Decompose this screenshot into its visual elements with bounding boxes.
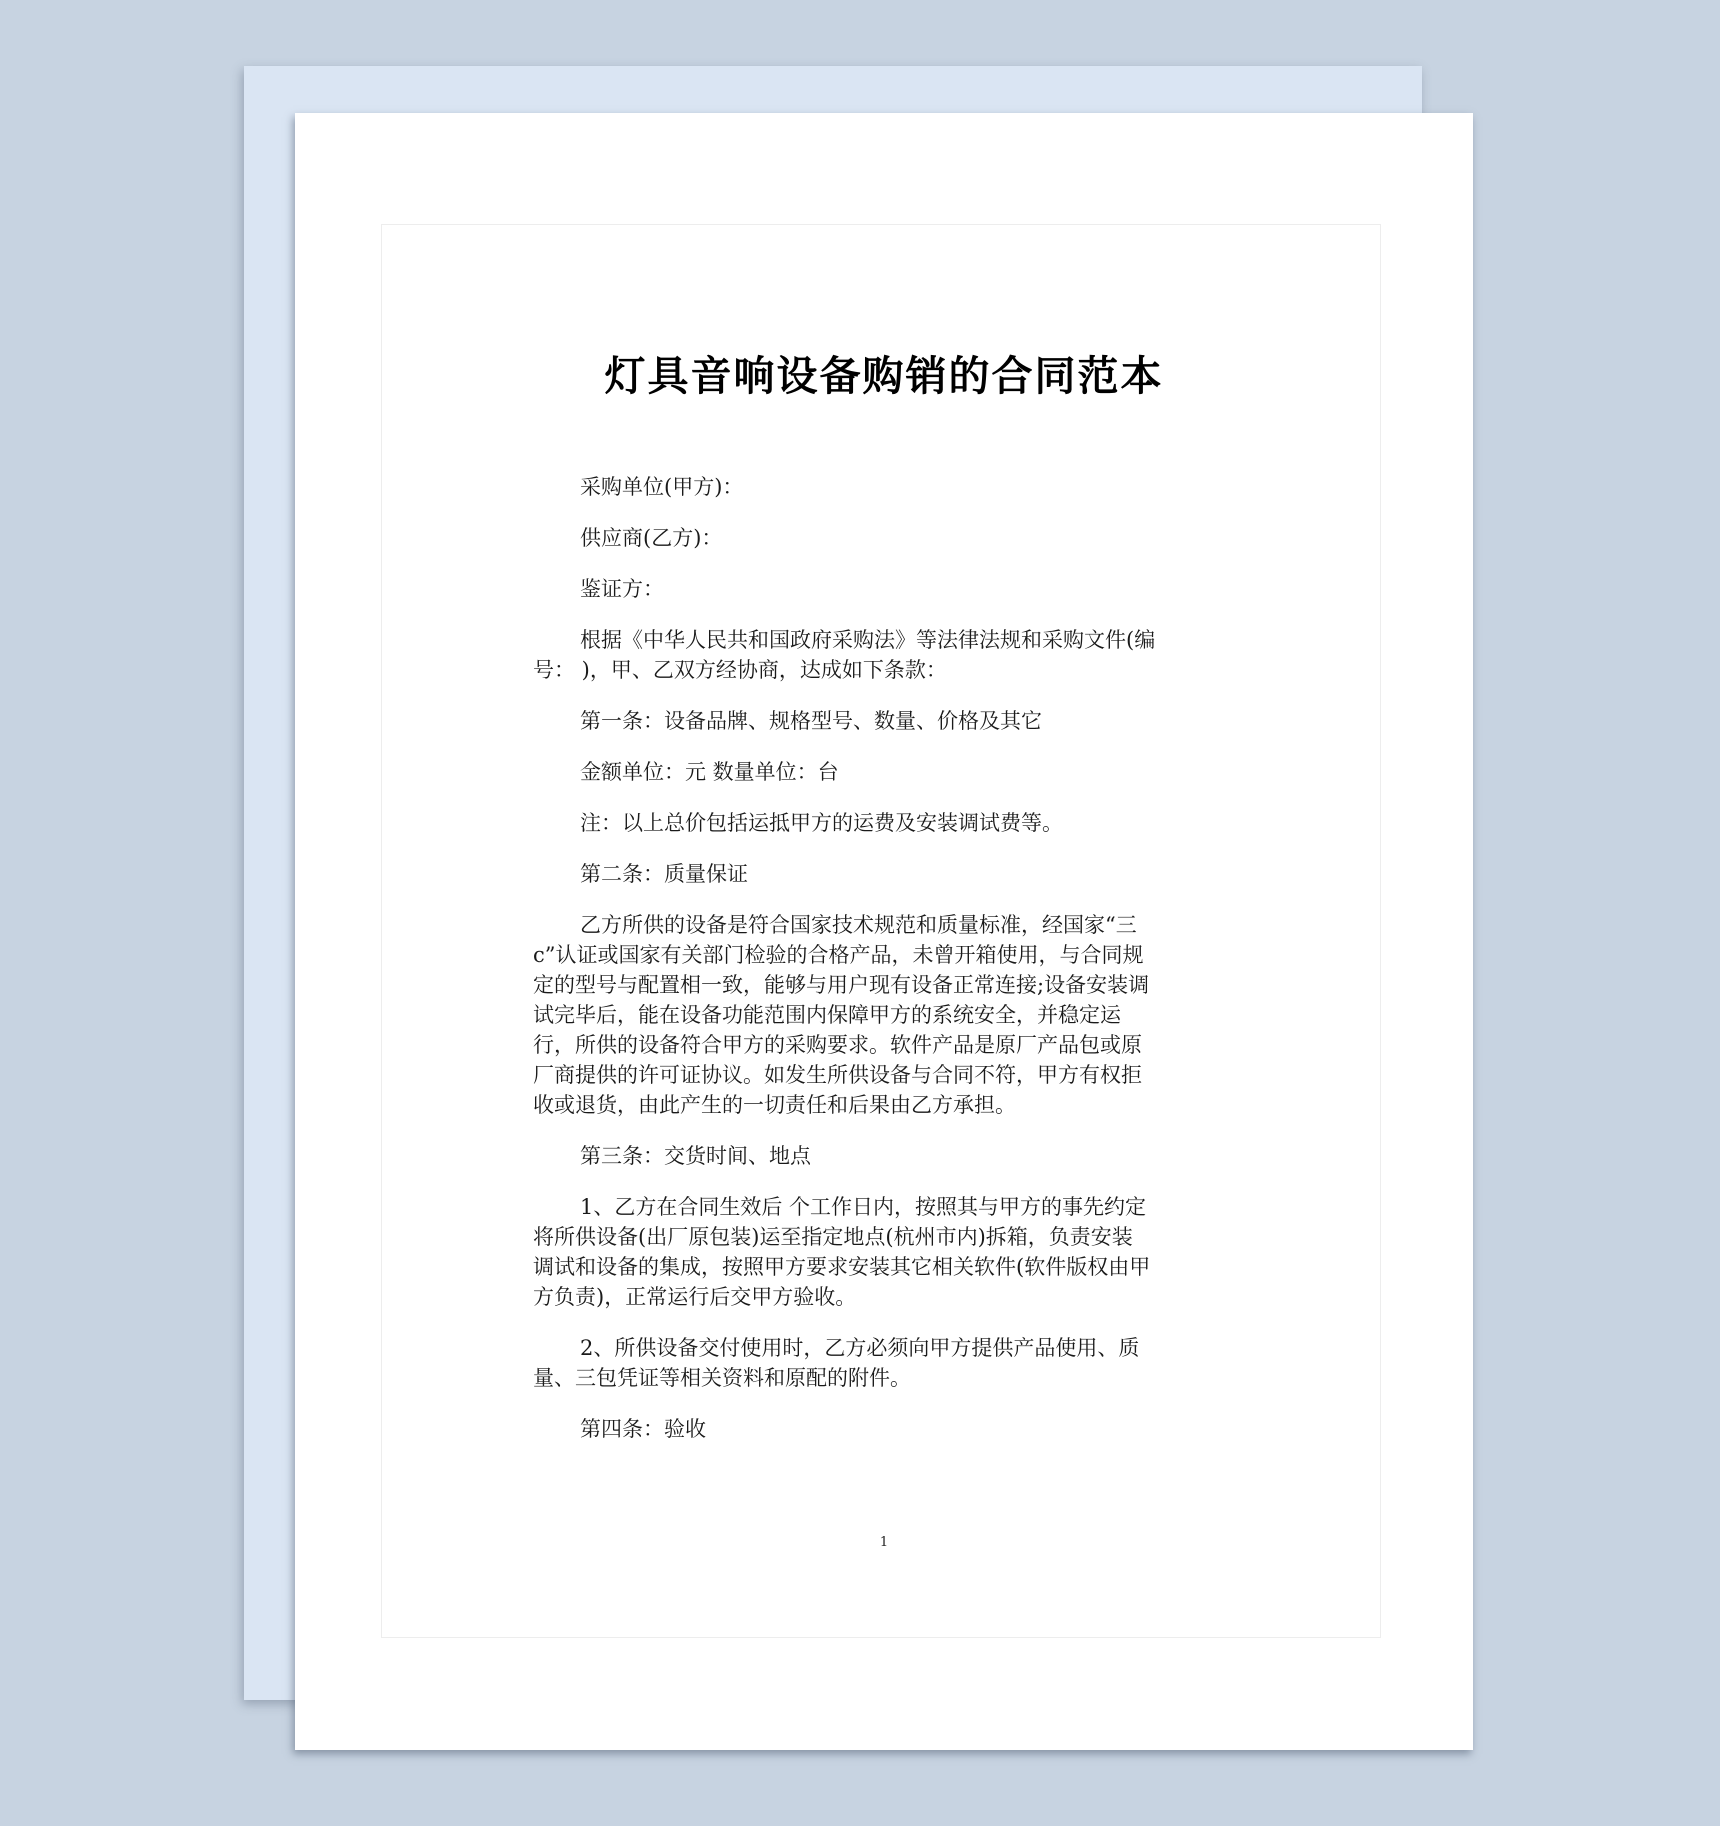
text-line: 定的型号与配置相一致，能够与用户现有设备正常连接;设备安装调: [533, 970, 1233, 1000]
paragraph-delivery-1: 1、乙方在合同生效后 个工作日内，按照其与甲方的事先约定 将所供设备(出厂原包装…: [533, 1192, 1233, 1312]
text-line: 行，所供的设备符合甲方的采购要求。软件产品是原厂产品包或原: [533, 1030, 1233, 1060]
article-3-heading: 第三条：交货时间、地点: [533, 1141, 1233, 1171]
article-1-heading: 第一条：设备品牌、规格型号、数量、价格及其它: [533, 706, 1233, 736]
paragraph-quality-guarantee: 乙方所供的设备是符合国家技术规范和质量标准，经国家“三 c”认证或国家有关部门检…: [533, 910, 1233, 1120]
text-line: 供应商(乙方)：: [533, 523, 1233, 553]
text-line: 乙方所供的设备是符合国家技术规范和质量标准，经国家“三: [533, 910, 1233, 940]
document-page: 灯具音响设备购销的合同范本 采购单位(甲方)： 供应商(乙方)： 鉴证方： 根据…: [295, 113, 1473, 1750]
text-line: 号： )，甲、乙双方经协商，达成如下条款：: [533, 655, 1233, 685]
text-line: 试完毕后，能在设备功能范围内保障甲方的系统安全，并稳定运: [533, 1000, 1233, 1030]
article-4-heading: 第四条：验收: [533, 1414, 1233, 1444]
text-line: 根据《中华人民共和国政府采购法》等法律法规和采购文件(编: [533, 625, 1233, 655]
paragraph-units: 金额单位：元 数量单位：台: [533, 757, 1233, 787]
paragraph-verifier: 鉴证方：: [533, 574, 1233, 604]
text-line: c”认证或国家有关部门检验的合格产品，未曾开箱使用，与合同规: [533, 940, 1233, 970]
document-title: 灯具音响设备购销的合同范本: [295, 346, 1473, 406]
text-line: 注：以上总价包括运抵甲方的运费及安装调试费等。: [533, 808, 1233, 838]
paragraph-preamble: 根据《中华人民共和国政府采购法》等法律法规和采购文件(编 号： )，甲、乙双方经…: [533, 625, 1233, 685]
paragraph-purchaser: 采购单位(甲方)：: [533, 472, 1233, 502]
text-line: 金额单位：元 数量单位：台: [533, 757, 1233, 787]
page-number: 1: [295, 1535, 1473, 1550]
text-line: 量、三包凭证等相关资料和原配的附件。: [533, 1363, 1233, 1393]
text-line: 第二条：质量保证: [533, 859, 1233, 889]
text-line: 将所供设备(出厂原包装)运至指定地点(杭州市内)拆箱，负责安装: [533, 1222, 1233, 1252]
text-line: 第一条：设备品牌、规格型号、数量、价格及其它: [533, 706, 1233, 736]
document-body: 采购单位(甲方)： 供应商(乙方)： 鉴证方： 根据《中华人民共和国政府采购法》…: [533, 472, 1233, 1465]
text-line: 第四条：验收: [533, 1414, 1233, 1444]
text-line: 调试和设备的集成，按照甲方要求安装其它相关软件(软件版权由甲: [533, 1252, 1233, 1282]
text-line: 1、乙方在合同生效后 个工作日内，按照其与甲方的事先约定: [533, 1192, 1233, 1222]
text-line: 厂商提供的许可证协议。如发生所供设备与合同不符，甲方有权拒: [533, 1060, 1233, 1090]
paragraph-note: 注：以上总价包括运抵甲方的运费及安装调试费等。: [533, 808, 1233, 838]
text-line: 鉴证方：: [533, 574, 1233, 604]
paragraph-supplier: 供应商(乙方)：: [533, 523, 1233, 553]
paragraph-delivery-2: 2、所供设备交付使用时，乙方必须向甲方提供产品使用、质 量、三包凭证等相关资料和…: [533, 1333, 1233, 1393]
text-line: 方负责)，正常运行后交甲方验收。: [533, 1282, 1233, 1312]
text-line: 收或退货，由此产生的一切责任和后果由乙方承担。: [533, 1090, 1233, 1120]
text-line: 第三条：交货时间、地点: [533, 1141, 1233, 1171]
article-2-heading: 第二条：质量保证: [533, 859, 1233, 889]
text-line: 2、所供设备交付使用时，乙方必须向甲方提供产品使用、质: [533, 1333, 1233, 1363]
text-line: 采购单位(甲方)：: [533, 472, 1233, 502]
